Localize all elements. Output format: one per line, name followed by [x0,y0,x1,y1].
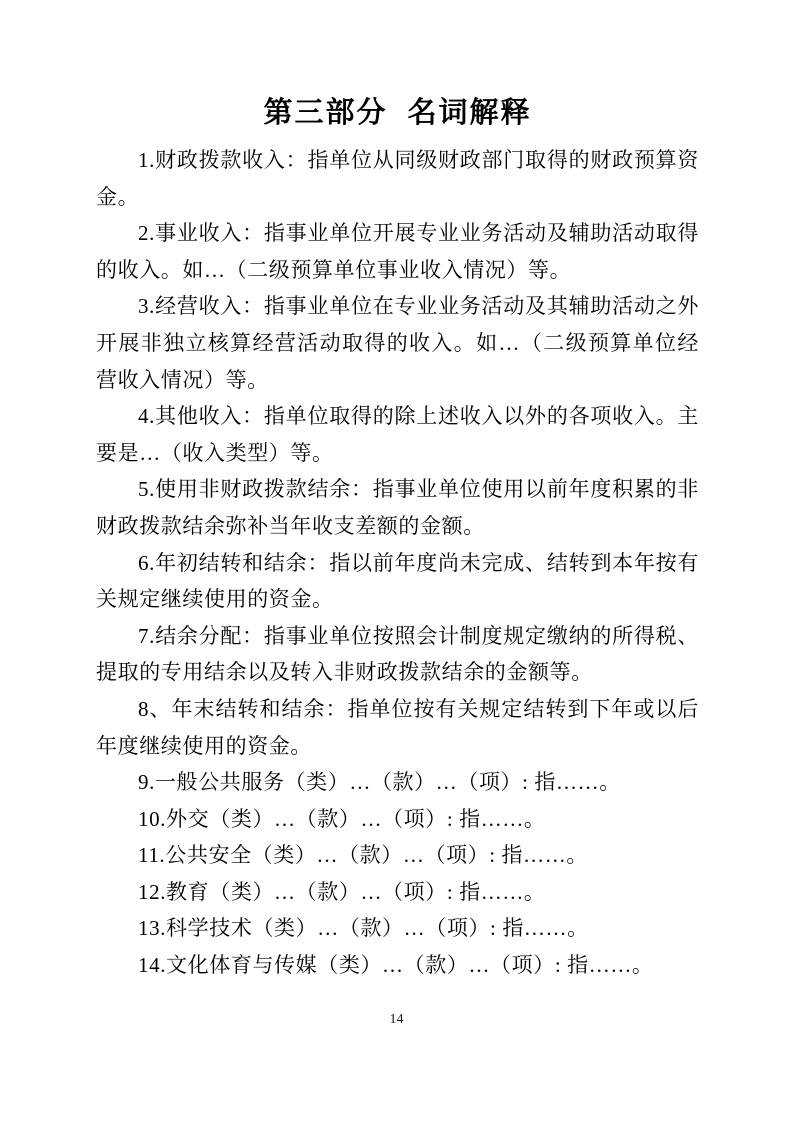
document-content: 第三部分 名词解释 1.财政拨款收入：指单位从同级财政部门取得的财政预算资金。2… [96,0,699,984]
definition-paragraph: 7.结余分配：指事业单位按照会计制度规定缴纳的所得税、提取的专用结余以及转入非财… [96,618,699,691]
page-title: 第三部分 名词解释 [96,0,699,132]
definition-paragraph: 3.经营收入：指事业单位在专业业务活动及其辅助活动之外开展非独立核算经营活动取得… [96,288,699,398]
definition-paragraph: 13.科学技术（类）…（款）…（项）: 指……。 [96,910,699,947]
definition-paragraph: 5.使用非财政拨款结余：指事业单位使用以前年度积累的非财政拨款结余弥补当年收支差… [96,471,699,544]
definition-paragraph: 1.财政拨款收入：指单位从同级财政部门取得的财政预算资金。 [96,142,699,215]
definition-paragraph: 14.文化体育与传媒（类）…（款）…（项）: 指……。 [96,947,699,984]
definition-paragraph: 9.一般公共服务（类）…（款）…（项）: 指……。 [96,764,699,801]
definition-paragraph: 2.事业收入：指事业单位开展专业业务活动及辅助活动取得的收入。如…（二级预算单位… [96,215,699,288]
definition-paragraph: 4.其他收入：指单位取得的除上述收入以外的各项收入。主要是…（收入类型）等。 [96,398,699,471]
definition-paragraph: 8、年末结转和结余：指单位按有关规定结转到下年或以后年度继续使用的资金。 [96,691,699,764]
document-page: 第三部分 名词解释 1.财政拨款收入：指单位从同级财政部门取得的财政预算资金。2… [0,0,793,1122]
definition-paragraph: 10.外交（类）…（款）…（项）: 指……。 [96,801,699,838]
definition-paragraph: 11.公共安全（类）…（款）…（项）: 指……。 [96,837,699,874]
page-number: 14 [0,1010,793,1030]
definition-paragraph: 6.年初结转和结余：指以前年度尚未完成、结转到本年按有关规定继续使用的资金。 [96,545,699,618]
definition-paragraph: 12.教育（类）…（款）…（项）: 指……。 [96,874,699,911]
definition-paragraph-list: 1.财政拨款收入：指单位从同级财政部门取得的财政预算资金。2.事业收入：指事业单… [96,142,699,984]
